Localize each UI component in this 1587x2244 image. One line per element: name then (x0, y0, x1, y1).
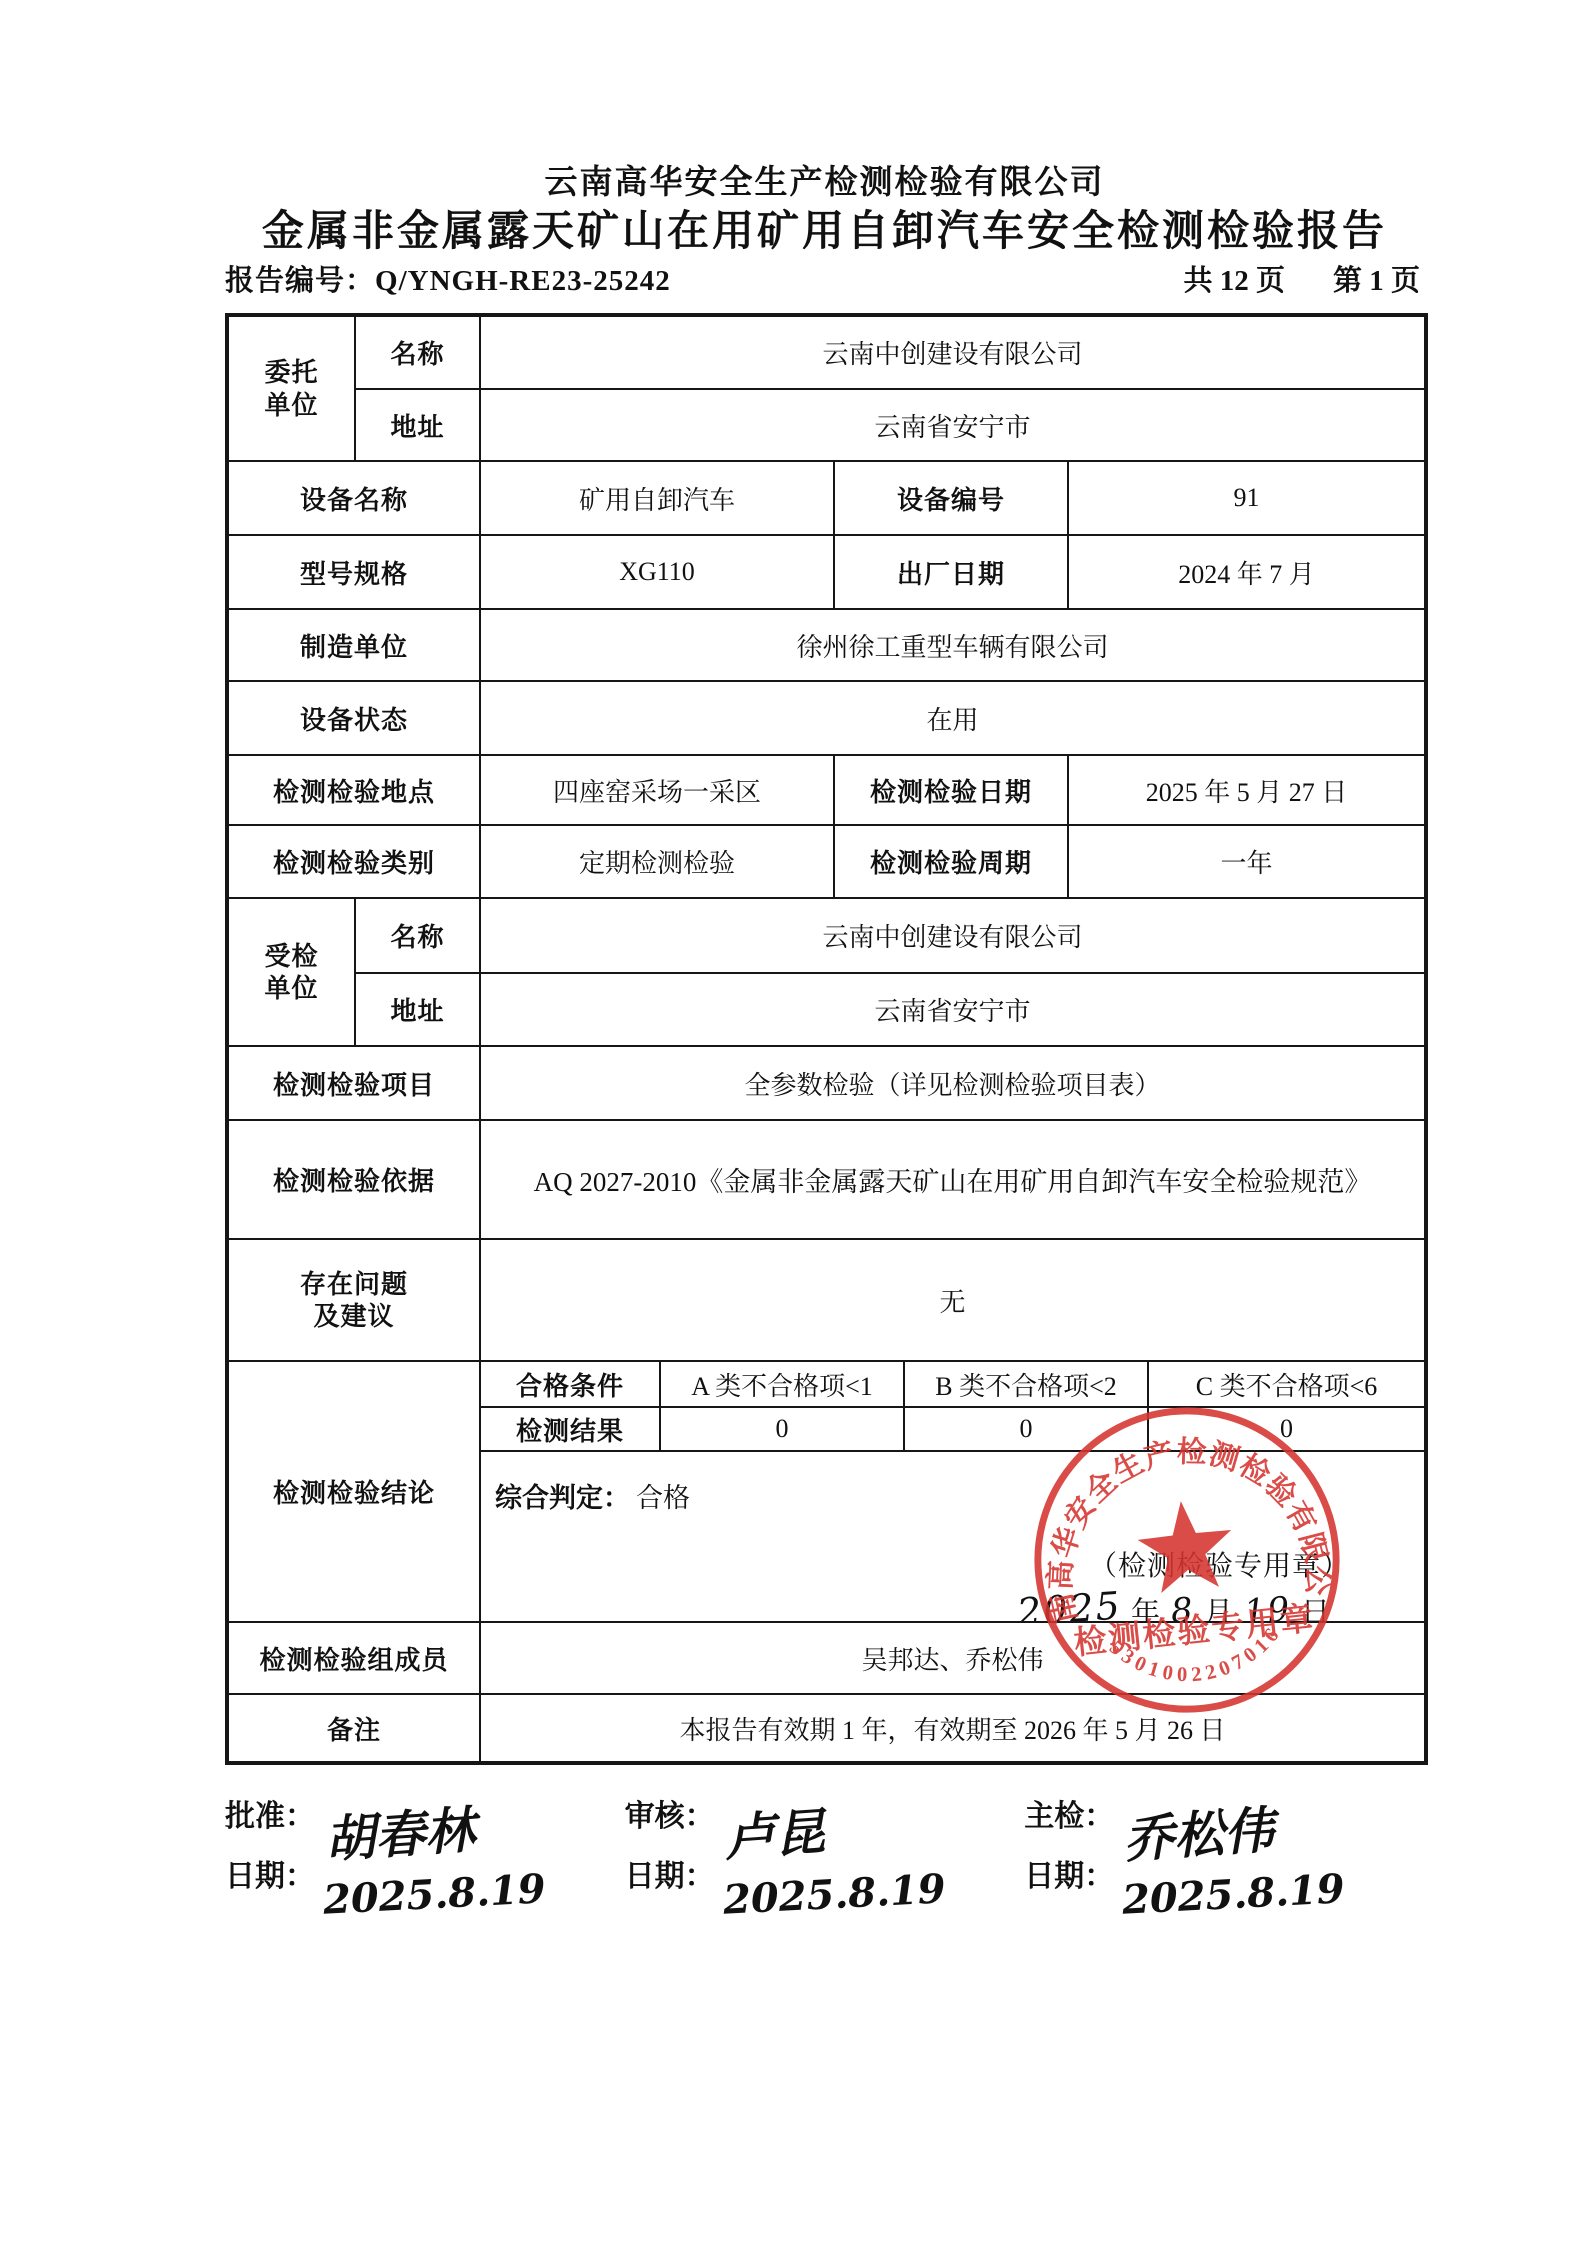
stamp-date-day-unit: 日 (1301, 1597, 1332, 1622)
problems-label-line2: 及建议 (235, 1300, 473, 1333)
client-name-label: 名称 (355, 315, 480, 389)
basis-label: 检测检验依据 (227, 1120, 480, 1239)
criteria-a: A 类不合格项<1 (660, 1361, 904, 1407)
status-value: 在用 (480, 681, 1426, 755)
device-no-label: 设备编号 (834, 461, 1068, 535)
scanned-inspection-report-page: { "header": { "company": "云南高华安全生产检测检验有限… (0, 0, 1587, 2244)
table-row: 存在问题 及建议 无 (227, 1239, 1426, 1361)
table-row: 检测检验项目 全参数检验（详见检测检验项目表） (227, 1046, 1426, 1120)
client-address-label: 地址 (355, 389, 480, 461)
table-row: 检测检验组成员 吴邦达、乔松伟 (227, 1622, 1426, 1694)
table-row: 设备状态 在用 (227, 681, 1426, 755)
result-label: 检测结果 (480, 1407, 660, 1451)
stamp-date-year-unit: 年 (1131, 1597, 1162, 1622)
result-c: 0 (1148, 1407, 1426, 1451)
criteria-label: 合格条件 (480, 1361, 660, 1407)
report-title: 金属非金属露天矿山在用矿用自卸汽车安全检测检验报告 (225, 198, 1424, 258)
table-row: 备注 本报告有效期 1 年，有效期至 2026 年 5 月 26 日 (227, 1694, 1426, 1763)
remark-value: 本报告有效期 1 年，有效期至 2026 年 5 月 26 日 (480, 1694, 1426, 1763)
model-value: XG110 (480, 535, 834, 609)
chief-signature-block: 主检： 乔松伟 日期： 2025.8.19 (1024, 1775, 1424, 1895)
stamp-date-month-unit: 月 (1204, 1597, 1235, 1622)
approve-date: 2025.8.19 (323, 1889, 545, 1901)
table-row: 设备名称 矿用自卸汽车 设备编号 91 (227, 461, 1426, 535)
verdict-label: 综合判定： (495, 1483, 630, 1513)
page-info: 共 12 页 第 1 页 (1183, 258, 1420, 299)
stamp-date-year: 2025 (1017, 1605, 1121, 1612)
inspected-name-value: 云南中创建设有限公司 (480, 898, 1426, 973)
table-row: 制造单位 徐州徐工重型车辆有限公司 (227, 609, 1426, 681)
device-no-value: 91 (1068, 461, 1426, 535)
result-a: 0 (660, 1407, 904, 1451)
problems-label: 存在问题 及建议 (227, 1239, 480, 1361)
approve-label: 批准： (225, 1791, 315, 1835)
stamp-date-day: 19 (1244, 1609, 1291, 1612)
report-number-value: Q/YNGH-RE23-25242 (375, 265, 671, 297)
items-value: 全参数检验（详见检测检验项目表） (480, 1046, 1426, 1120)
table-row: 检测检验结论 合格条件 A 类不合格项<1 B 类不合格项<2 C 类不合格项<… (227, 1361, 1426, 1407)
problems-value: 无 (480, 1239, 1426, 1361)
total-pages: 共 12 页 (1183, 258, 1285, 299)
chief-date-label: 日期： (1024, 1851, 1114, 1895)
cycle-label: 检测检验周期 (834, 825, 1068, 898)
remark-label: 备注 (227, 1694, 480, 1763)
inspected-unit-label: 受检 单位 (227, 898, 355, 1046)
table-row: 受检 单位 名称 云南中创建设有限公司 (227, 898, 1426, 973)
inspected-address-label: 地址 (355, 973, 480, 1046)
items-label: 检测检验项目 (227, 1046, 480, 1120)
review-date-label: 日期： (625, 1851, 715, 1895)
stamp-date-month: 8 (1171, 1610, 1195, 1612)
result-b: 0 (904, 1407, 1148, 1451)
team-value: 吴邦达、乔松伟 (480, 1622, 1426, 1694)
client-unit-label-line1: 委托 (235, 356, 348, 389)
report-meta-line: 报告编号：Q/YNGH-RE23-25242 共 12 页 第 1 页 (225, 258, 1424, 299)
client-address-value: 云南省安宁市 (480, 389, 1426, 461)
table-row: 地址 云南省安宁市 (227, 973, 1426, 1046)
type-label: 检测检验类别 (227, 825, 480, 898)
chief-label: 主检： (1024, 1791, 1114, 1835)
table-row: 地址 云南省安宁市 (227, 389, 1426, 461)
basis-value: AQ 2027-2010《金属非金属露天矿山在用矿用自卸汽车安全检验规范》 (480, 1120, 1426, 1239)
review-signature-block: 审核： 卢昆 日期： 2025.8.19 (625, 1775, 1025, 1895)
approve-signature-block: 批准： 胡春林 日期： 2025.8.19 (225, 1775, 625, 1895)
review-label: 审核： (625, 1791, 715, 1835)
manufacturer-label: 制造单位 (227, 609, 480, 681)
table-row: 检测检验类别 定期检测检验 检测检验周期 一年 (227, 825, 1426, 898)
stamp-caption: （检测检验专用章） (1089, 1544, 1350, 1584)
verdict-value: 合格 (636, 1483, 690, 1513)
report-table: 委托 单位 名称 云南中创建设有限公司 地址 云南省安宁市 设备名称 矿用自卸汽… (225, 313, 1428, 1765)
conclusion-label: 检测检验结论 (227, 1361, 480, 1622)
device-name-label: 设备名称 (227, 461, 480, 535)
mfg-date-label: 出厂日期 (834, 535, 1068, 609)
criteria-c: C 类不合格项<6 (1148, 1361, 1426, 1407)
client-unit-label-line2: 单位 (235, 389, 348, 422)
inspected-address-value: 云南省安宁市 (480, 973, 1426, 1046)
status-label: 设备状态 (227, 681, 480, 755)
type-value: 定期检测检验 (480, 825, 834, 898)
chief-signature: 乔松伟 (1124, 1830, 1274, 1840)
inspect-date-label: 检测检验日期 (834, 755, 1068, 825)
company-name-title: 云南高华安全生产检测检验有限公司 (225, 156, 1424, 203)
signature-section: 批准： 胡春林 日期： 2025.8.19 审核： 卢昆 日期： 2025.8.… (225, 1775, 1424, 1895)
location-value: 四座窑采场一采区 (480, 755, 834, 825)
review-signature: 卢昆 (725, 1832, 825, 1839)
current-page: 第 1 页 (1333, 258, 1420, 299)
manufacturer-value: 徐州徐工重型车辆有限公司 (480, 609, 1426, 681)
inspected-unit-label-line1: 受检 (235, 940, 348, 973)
inspect-date-value: 2025 年 5 月 27 日 (1068, 755, 1426, 825)
team-label: 检测检验组成员 (227, 1622, 480, 1694)
report-number-label: 报告编号： (225, 265, 375, 297)
approve-signature: 胡春林 (325, 1830, 475, 1840)
stamp-date-line: 2025 年 8 月 19 日 (1017, 1590, 1332, 1622)
location-label: 检测检验地点 (227, 755, 480, 825)
cycle-value: 一年 (1068, 825, 1426, 898)
chief-date: 2025.8.19 (1122, 1889, 1344, 1901)
verdict-cell: 综合判定：合格 （检测检验专用章） 2025 年 8 月 19 日 (480, 1451, 1426, 1622)
problems-label-line1: 存在问题 (235, 1268, 473, 1301)
report-number: 报告编号：Q/YNGH-RE23-25242 (225, 258, 671, 299)
client-unit-label: 委托 单位 (227, 315, 355, 461)
client-name-value: 云南中创建设有限公司 (480, 315, 1426, 389)
table-row: 型号规格 XG110 出厂日期 2024 年 7 月 (227, 535, 1426, 609)
table-row: 检测检验地点 四座窑采场一采区 检测检验日期 2025 年 5 月 27 日 (227, 755, 1426, 825)
verdict-text: 综合判定：合格 (495, 1476, 690, 1515)
approve-date-label: 日期： (225, 1851, 315, 1895)
criteria-b: B 类不合格项<2 (904, 1361, 1148, 1407)
table-row: 检测检验依据 AQ 2027-2010《金属非金属露天矿山在用矿用自卸汽车安全检… (227, 1120, 1426, 1239)
table-row: 委托 单位 名称 云南中创建设有限公司 (227, 315, 1426, 389)
inspected-name-label: 名称 (355, 898, 480, 973)
model-label: 型号规格 (227, 535, 480, 609)
inspected-unit-label-line2: 单位 (235, 972, 348, 1005)
review-date: 2025.8.19 (723, 1889, 945, 1901)
document-page: 云南高华安全生产检测检验有限公司 金属非金属露天矿山在用矿用自卸汽车安全检测检验… (225, 0, 1424, 2244)
mfg-date-value: 2024 年 7 月 (1068, 535, 1426, 609)
device-name-value: 矿用自卸汽车 (480, 461, 834, 535)
